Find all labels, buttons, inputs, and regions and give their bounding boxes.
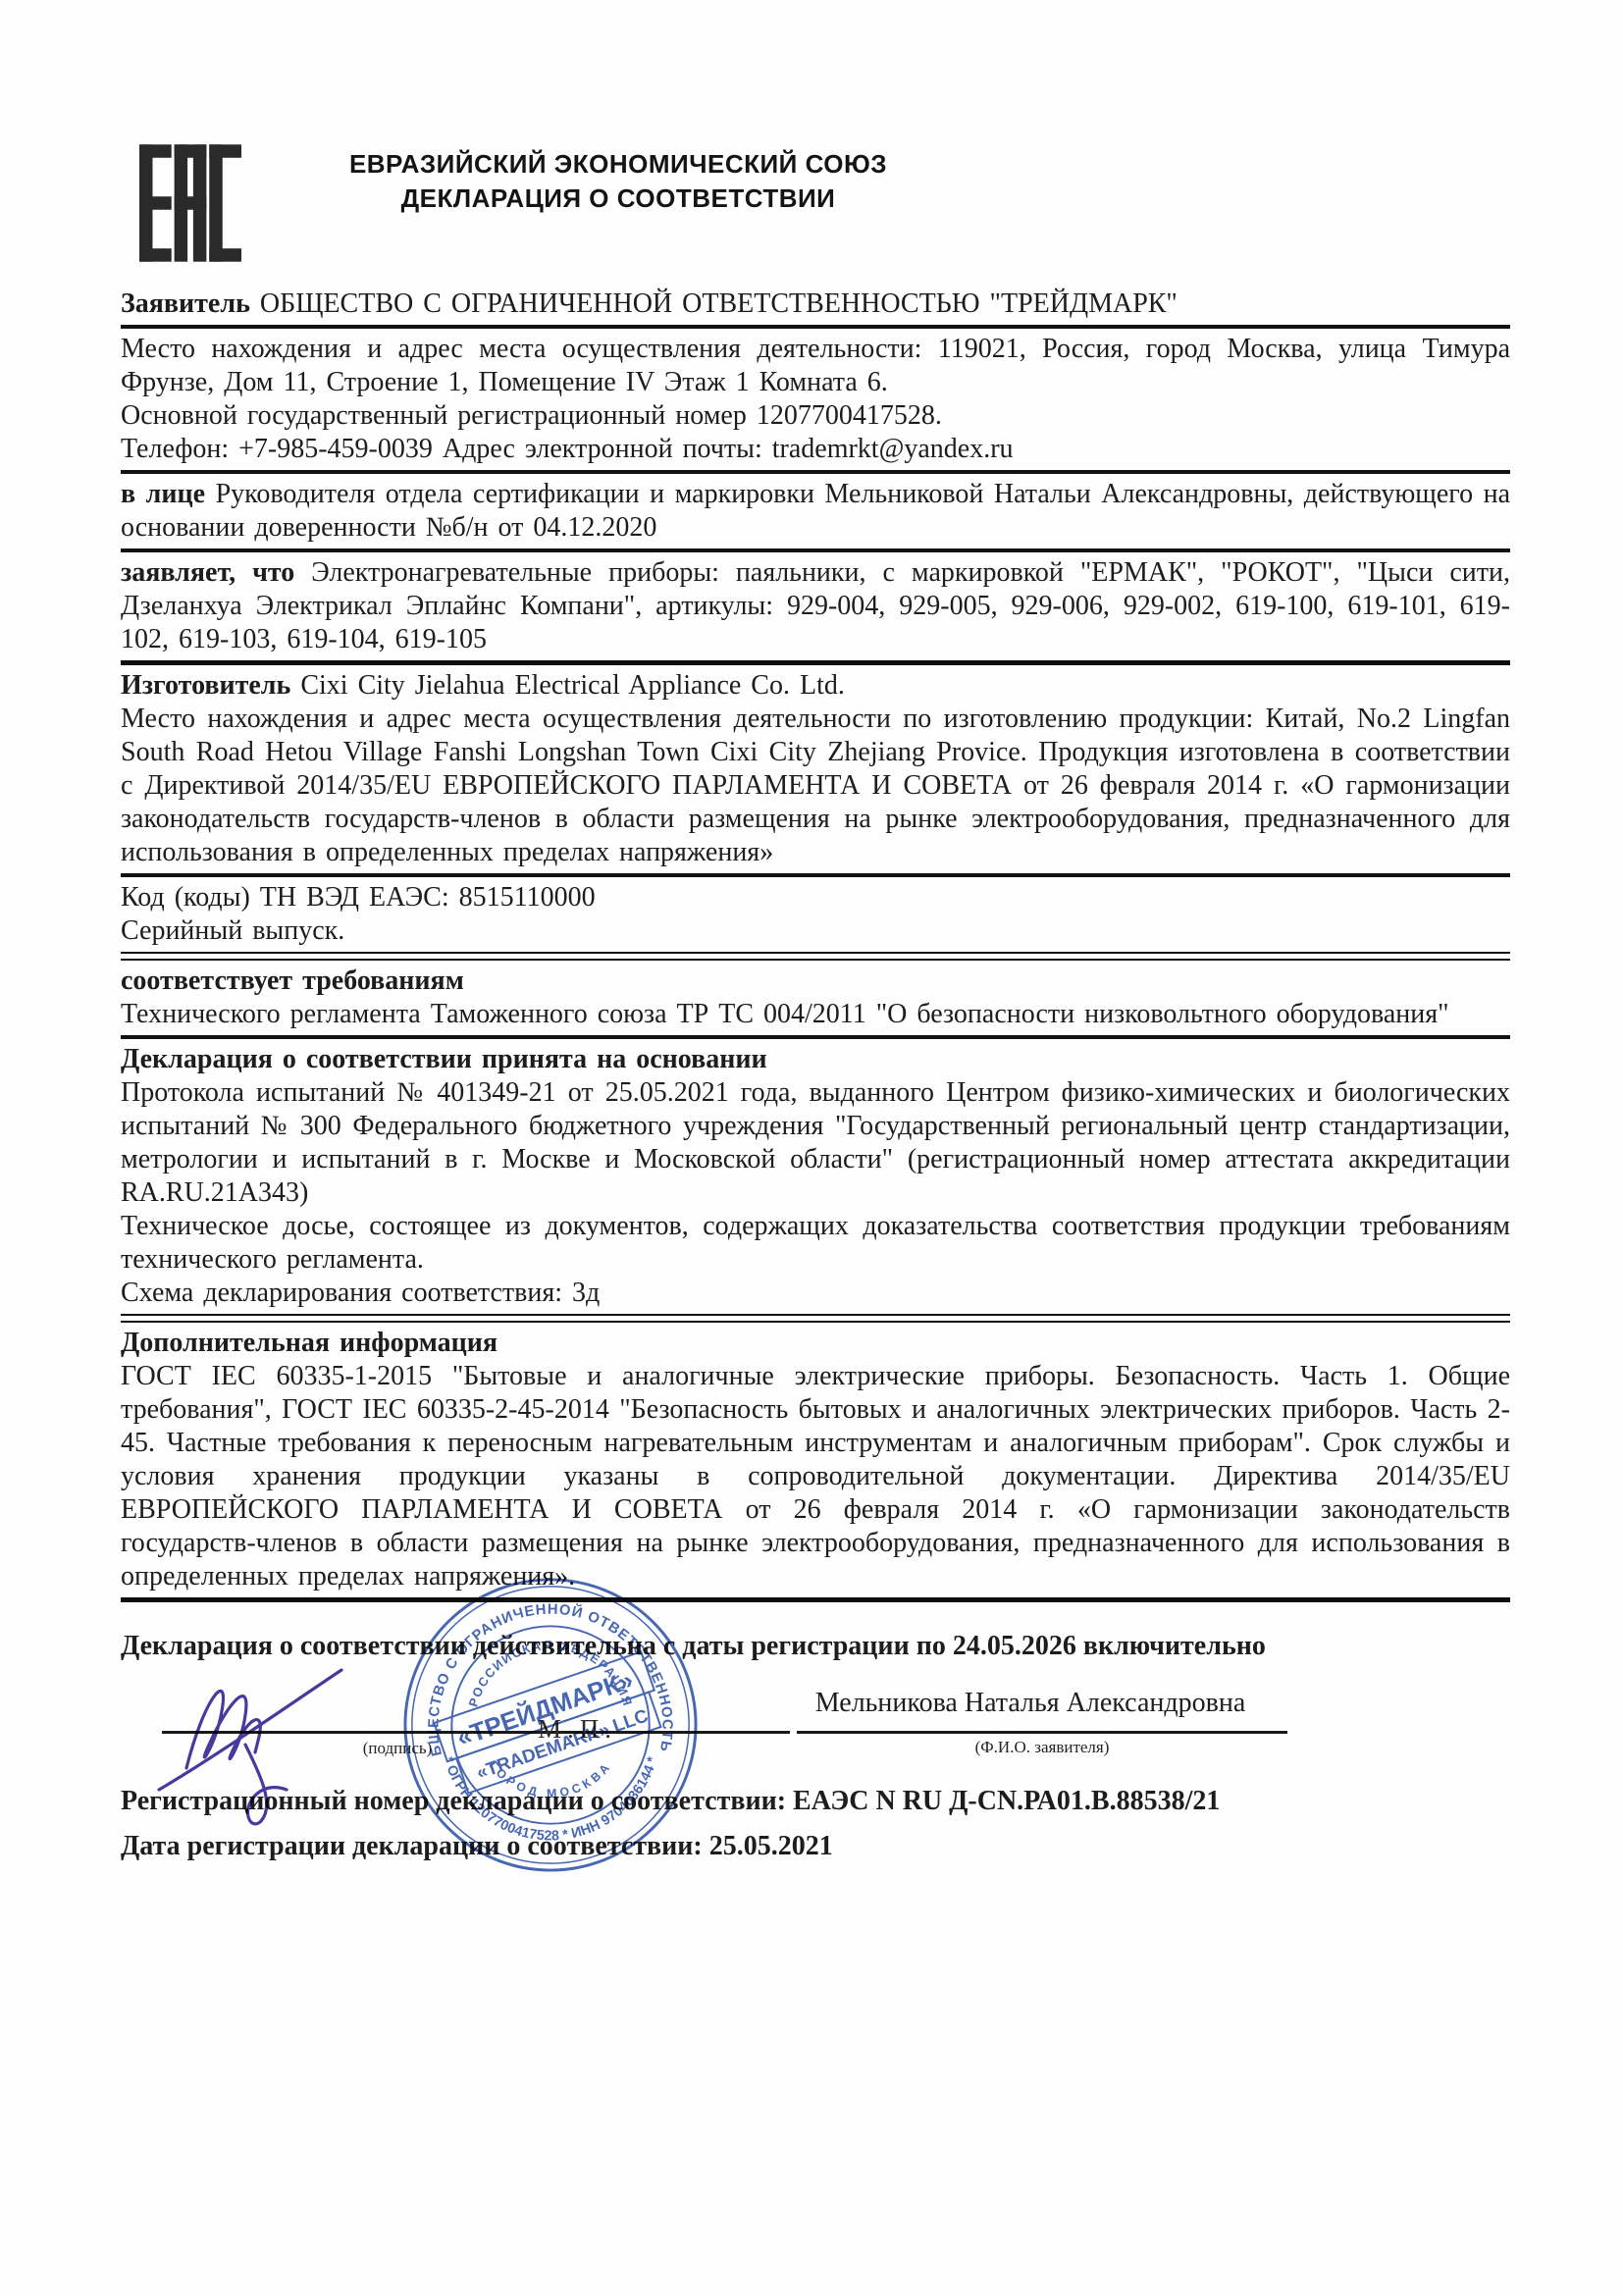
applicant-address: Место нахождения и адрес места осуществл… — [121, 333, 1510, 399]
title-line-union: ЕВРАЗИЙСКИЙ ЭКОНОМИЧЕСКИЙ СОЮЗ — [275, 147, 962, 182]
basis-dossier: Техническое досье, состоящее из документ… — [121, 1210, 1510, 1277]
declares-value: Электронагревательные приборы: паяльники… — [121, 557, 1510, 654]
declaration-body: Заявитель ОБЩЕСТВО С ОГРАНИЧЕННОЙ ОТВЕТС… — [121, 284, 1510, 1602]
additional-info-section: Дополнительная информация ГОСТ IEC 60335… — [121, 1323, 1510, 1597]
divider — [121, 1314, 1510, 1323]
basis-protocol: Протокола испытаний № 401349-21 от 25.05… — [121, 1076, 1510, 1210]
declares-label: заявляет, что — [121, 557, 294, 588]
company-stamp: ОБЩЕСТВО С ОГРАНИЧЕННОЙ ОТВЕТСТВЕННОСТЬЮ… — [400, 1575, 701, 1875]
tnved-code: Код (коды) ТН ВЭД ЕАЭС: 8515110000 — [121, 881, 1510, 914]
basis-scheme: Схема декларирования соответствия: 3д — [121, 1277, 1510, 1310]
title-line-declaration: ДЕКЛАРАЦИЯ О СООТВЕТСТВИИ — [275, 182, 962, 216]
name-caption: (Ф.И.О. заявителя) — [797, 1738, 1287, 1757]
name-line — [797, 1731, 1287, 1734]
person-value: Руководителя отдела сертификации и марки… — [121, 479, 1510, 543]
declares-section: заявляет, что Электронагревательные приб… — [121, 552, 1510, 660]
basis-heading: Декларация о соответствии принята на осн… — [121, 1044, 767, 1074]
manufacturer-section: Изготовитель Cixi City Jielahua Electric… — [121, 665, 1510, 873]
document-page: ЕВРАЗИЙСКИЙ ЭКОНОМИЧЕСКИЙ СОЮЗ ДЕКЛАРАЦИ… — [0, 0, 1623, 2296]
basis-section: Декларация о соответствии принята на осн… — [121, 1039, 1510, 1314]
complies-value: Технического регламента Таможенного союз… — [121, 998, 1510, 1031]
applicant-ogrn: Основной государственный регистрационный… — [121, 399, 1510, 433]
serial-release: Серийный выпуск. — [121, 914, 1510, 948]
applicant-contacts: Телефон: +7-985-459-0039 Адрес электронн… — [121, 433, 1510, 466]
additional-heading: Дополнительная информация — [121, 1328, 497, 1358]
eac-logo-icon — [139, 143, 241, 263]
divider — [121, 1597, 1510, 1602]
manufacturer-details: Место нахождения и адрес места осуществл… — [121, 703, 1510, 869]
divider — [121, 952, 1510, 961]
signer-name: Мельникова Наталья Александровна — [775, 1688, 1285, 1719]
compliance-section: соответствует требованиям Технического р… — [121, 961, 1510, 1035]
manufacturer-label: Изготовитель — [121, 670, 290, 701]
applicant-label: Заявитель — [121, 288, 250, 319]
additional-value: ГОСТ IEC 60335-1-2015 "Бытовые и аналоги… — [121, 1360, 1510, 1593]
person-label: в лице — [121, 479, 205, 509]
registration-date-line: Дата регистрации декларации о соответств… — [121, 1831, 1510, 1862]
signature — [147, 1650, 442, 1832]
applicant-value: ОБЩЕСТВО С ОГРАНИЧЕННОЙ ОТВЕТСТВЕННОСТЬЮ… — [260, 288, 1178, 319]
manufacturer-value: Cixi City Jielahua Electrical Appliance … — [300, 670, 845, 701]
authorized-person-section: в лице Руководителя отдела сертификации … — [121, 474, 1510, 548]
applicant-details-section: Место нахождения и адрес места осуществл… — [121, 329, 1510, 470]
document-title: ЕВРАЗИЙСКИЙ ЭКОНОМИЧЕСКИЙ СОЮЗ ДЕКЛАРАЦИ… — [275, 147, 962, 216]
complies-heading: соответствует требованиям — [121, 965, 464, 996]
applicant-section: Заявитель ОБЩЕСТВО С ОГРАНИЧЕННОЙ ОТВЕТС… — [121, 284, 1510, 325]
code-section: Код (коды) ТН ВЭД ЕАЭС: 8515110000 Серий… — [121, 877, 1510, 952]
